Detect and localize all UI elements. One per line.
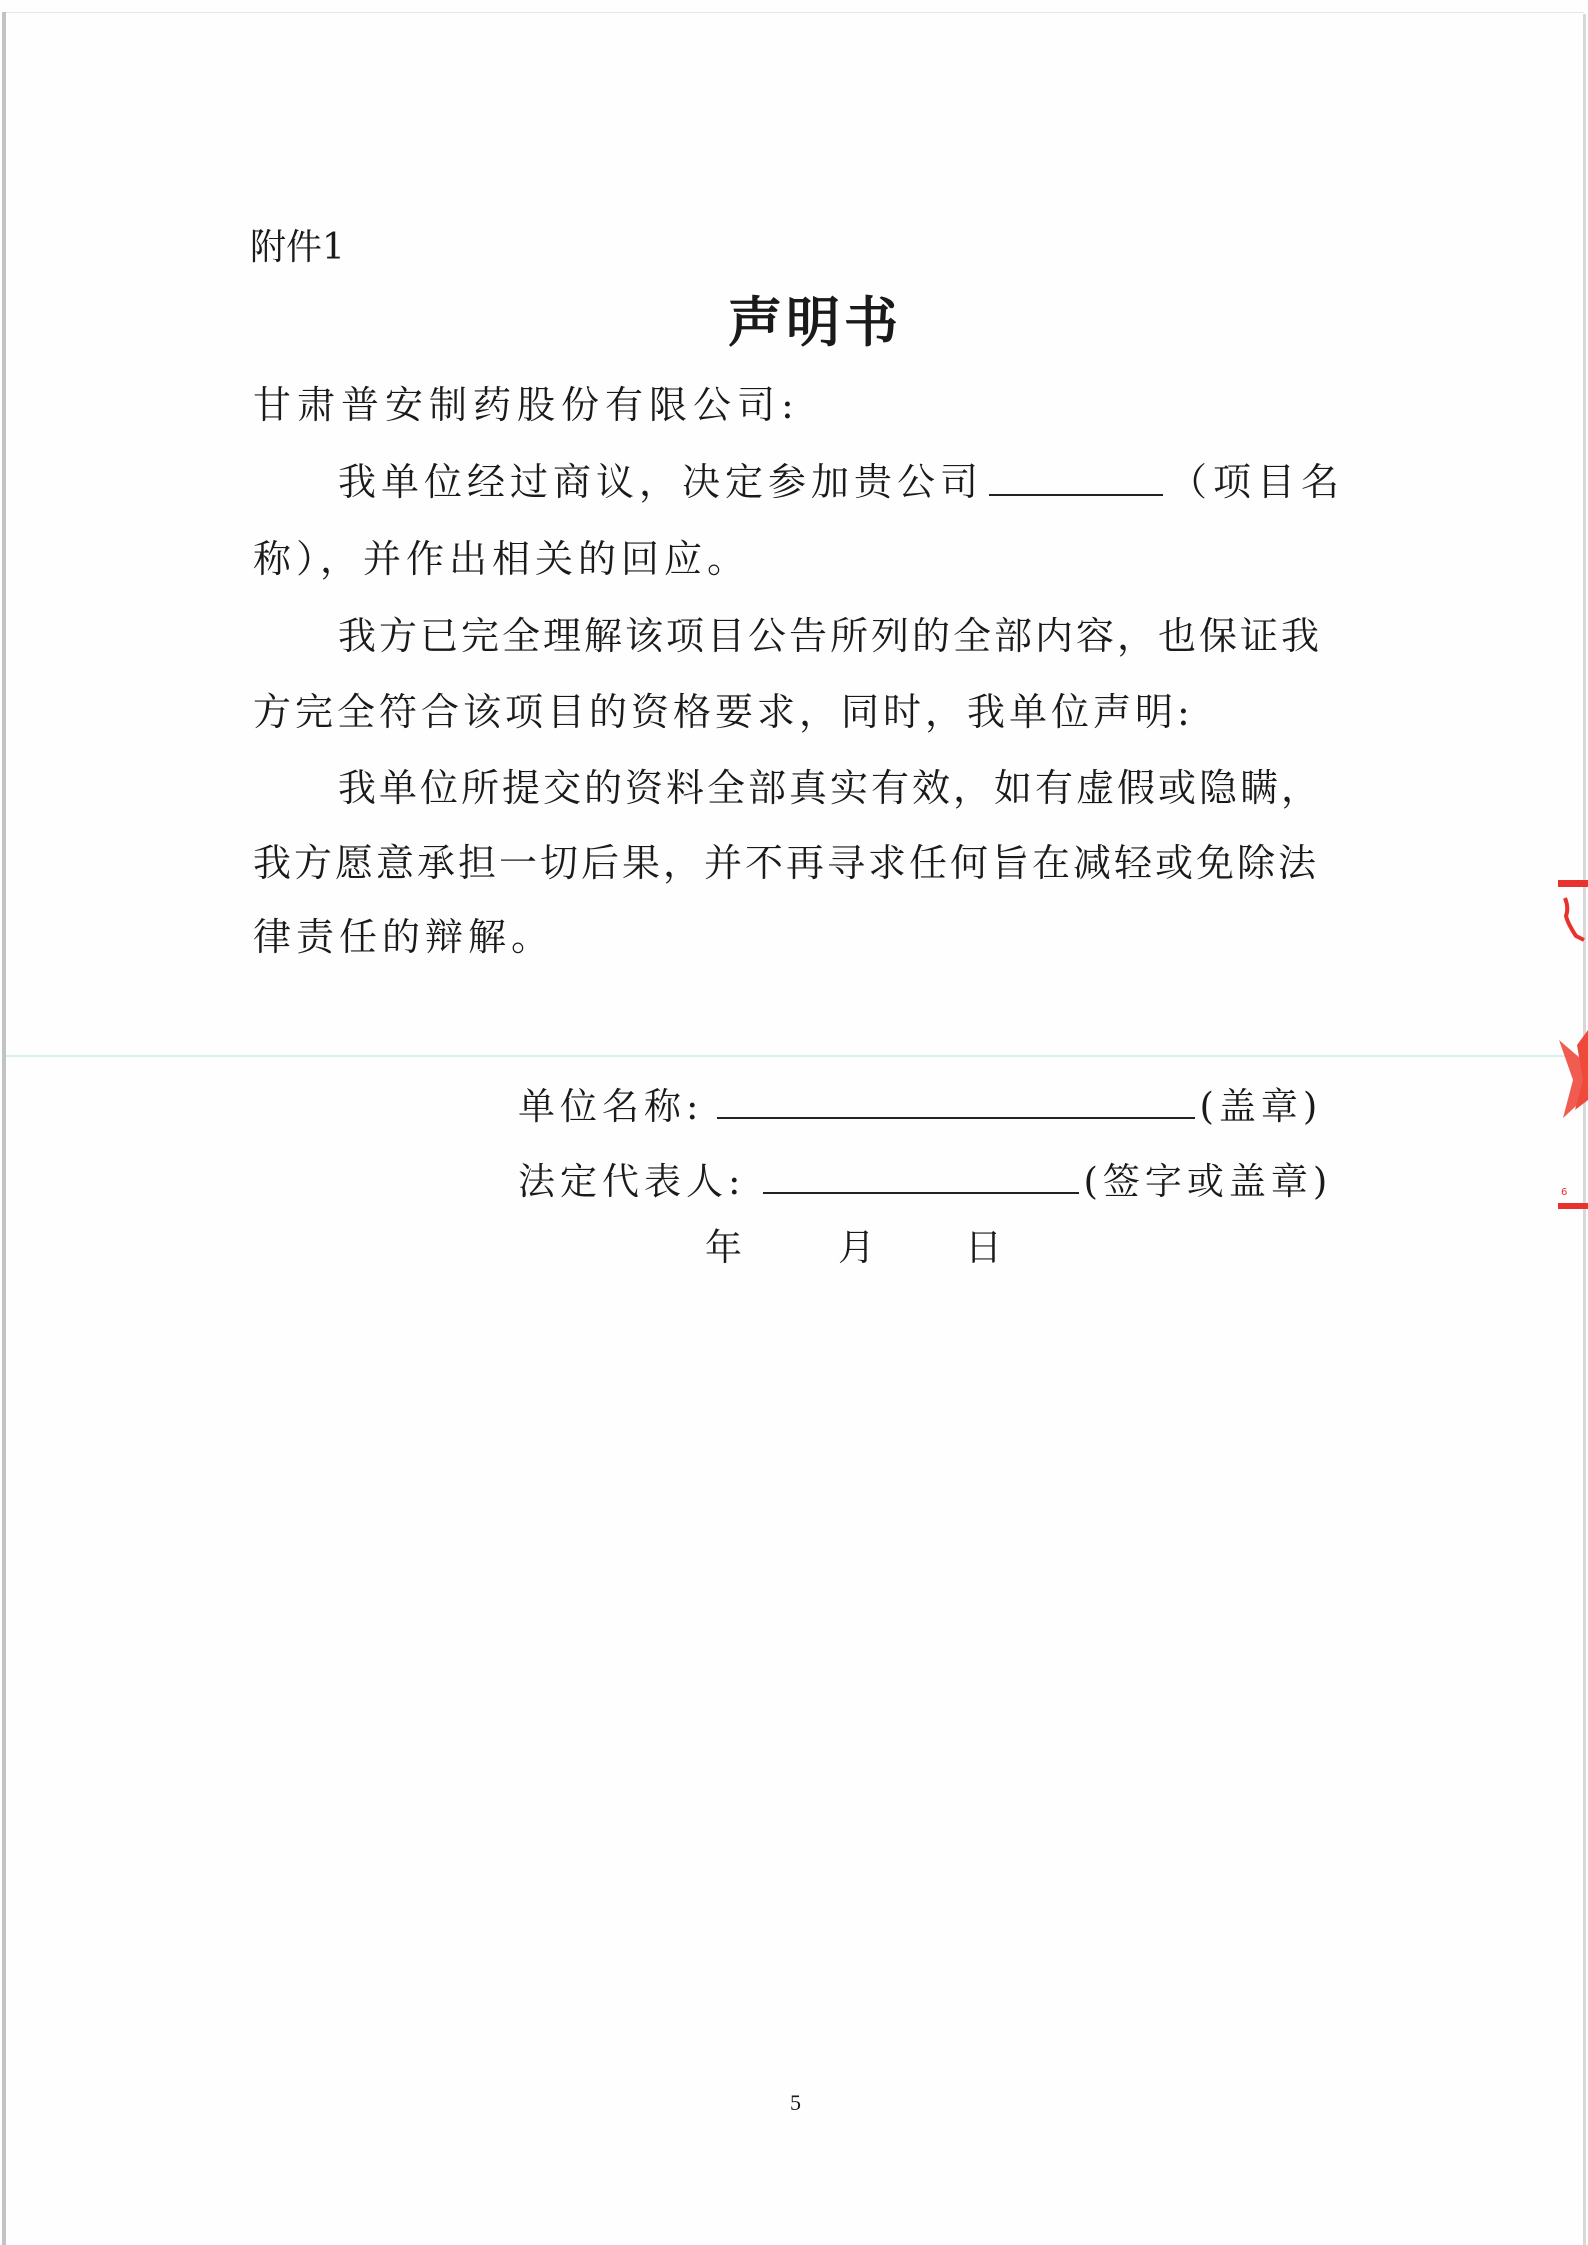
company-name-field: 单位名称:(盖章) [518,1083,1322,1129]
date-year: 年 [705,1226,742,1270]
legal-representative-blank[interactable] [763,1158,1079,1194]
paragraph-1-text: 我单位经过商议，决定参加贵公司 [338,460,983,504]
red-seal-fragment-icon: 6 [1555,880,1588,1210]
paragraph-3-line-2: 我方愿意承担一切后果，并不再寻求任何旨在减轻或免除法 [253,841,1345,885]
date-day: 日 [965,1226,1002,1270]
project-name-blank[interactable] [989,460,1163,496]
scan-edge-left [2,12,6,2245]
document-page: 附件1 声明书 甘肃普安制药股份有限公司: 我单位经过商议，决定参加贵公司 （项… [0,0,1588,2245]
document-title: 声明书 [728,292,902,352]
scan-artifact-line [6,1055,1583,1057]
paragraph-1-line-1: 我单位经过商议，决定参加贵公司 （项目名 [338,460,1345,504]
paragraph-1-line-2: 称），并作出相关的回应。 [253,537,1345,581]
legal-representative-label: 法定代表人: [518,1160,745,1203]
paragraph-2-line-2: 方完全符合该项目的资格要求，同时，我单位声明: [253,690,1345,734]
scan-edge-top [4,12,1584,13]
company-name-blank[interactable] [717,1083,1195,1119]
paragraph-3-line-1: 我单位所提交的资料全部真实有效，如有虚假或隐瞒， [338,766,1345,810]
attachment-label: 附件1 [250,226,345,270]
svg-text:6: 6 [1561,1187,1567,1198]
paragraph-2-line-1: 我方已完全理解该项目公告所列的全部内容，也保证我 [338,614,1345,658]
signature-note: (签字或盖章) [1083,1160,1332,1203]
paragraph-3-line-3: 律责任的辩解。 [253,915,1345,959]
page-number: 5 [790,2090,801,2116]
company-name-label: 单位名称: [518,1085,703,1128]
date-month: 月 [838,1226,875,1270]
paragraph-1-text-2: （项目名 [1169,460,1345,504]
legal-representative-field: 法定代表人:(签字或盖章) [518,1158,1332,1204]
company-seal-note: (盖章) [1199,1085,1322,1128]
addressee: 甘肃普安制药股份有限公司: [253,383,1345,427]
